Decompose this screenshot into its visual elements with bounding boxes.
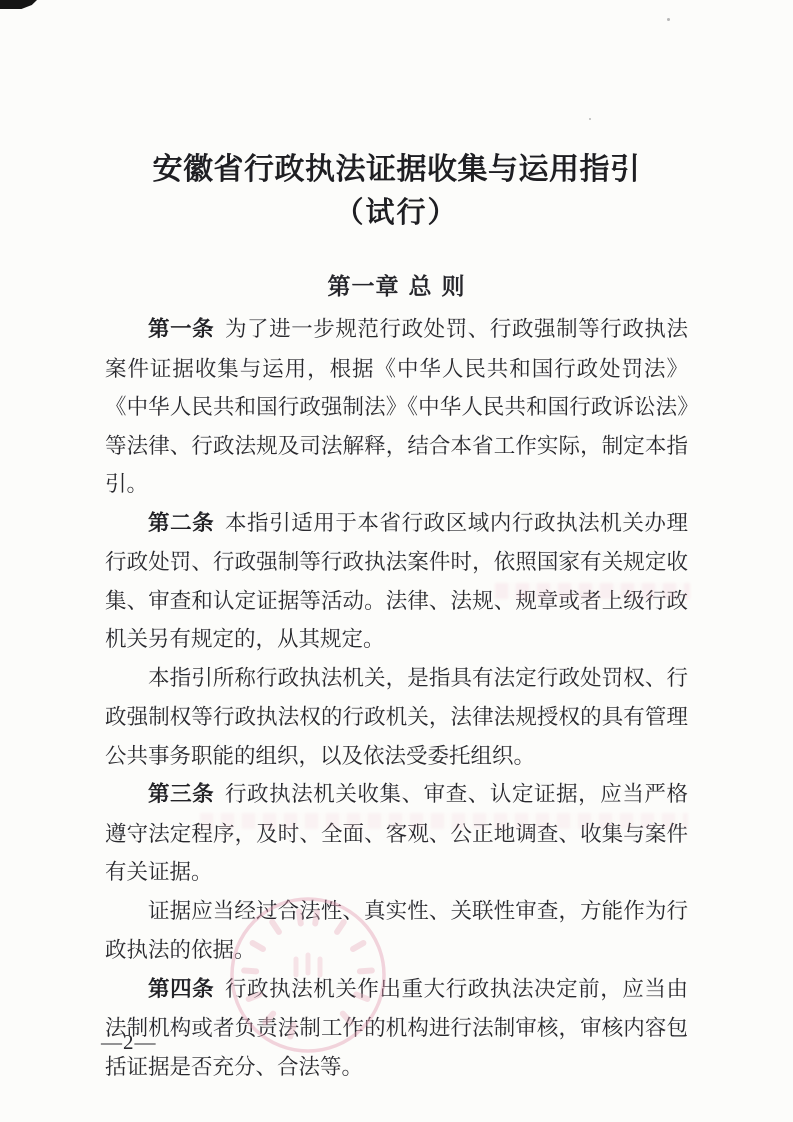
article-paragraph: 第三条行政执法机关收集、审查、认定证据，应当严格遵守法定程序，及时、全面、客观、…	[105, 775, 688, 892]
scanned-document-page: 安徽省行政执法证据收集与运用指引 （试行） 第一章 总 则 第一条为了进一步规范…	[0, 0, 793, 1122]
document-title: 安徽省行政执法证据收集与运用指引	[90, 148, 703, 192]
article-paragraph: 第一条为了进一步规范行政处罚、行政强制等行政执法案件证据收集与运用，根据《中华人…	[105, 310, 688, 504]
article-text: 为了进一步规范行政处罚、行政强制等行政执法案件证据收集与运用，根据《中华人民共和…	[105, 317, 688, 496]
article-paragraph: 证据应当经过合法性、真实性、关联性审查，方能作为行政执法的依据。	[105, 892, 688, 970]
article-number-label: 第二条	[148, 511, 214, 536]
document-body: 第一条为了进一步规范行政处罚、行政强制等行政执法案件证据收集与运用，根据《中华人…	[105, 310, 688, 1086]
article-paragraph: 第二条本指引适用于本省行政区域内行政执法机关办理行政处罚、行政强制等行政执法案件…	[105, 504, 688, 659]
scan-edge-artifact	[0, 0, 37, 9]
scan-speck	[667, 18, 670, 21]
article-paragraph: 本指引所称行政执法机关，是指具有法定行政处罚权、行政强制权等行政执法权的行政机关…	[105, 659, 688, 776]
page-number: —2—	[101, 1030, 157, 1055]
article-paragraph: 第四条行政执法机关作出重大行政执法决定前，应当由法制机构或者负责法制工作的机构进…	[105, 970, 688, 1087]
scan-speck	[589, 118, 591, 120]
article-text: 本指引所称行政执法机关，是指具有法定行政处罚权、行政强制权等行政执法权的行政机关…	[105, 666, 688, 768]
article-number-label: 第一条	[148, 317, 214, 342]
chapter-heading: 第一章 总 则	[105, 272, 688, 302]
article-number-label: 第四条	[148, 977, 214, 1002]
document-subtitle: （试行）	[90, 192, 703, 234]
article-text: 证据应当经过合法性、真实性、关联性审查，方能作为行政执法的依据。	[105, 899, 688, 963]
article-number-label: 第三条	[148, 782, 214, 807]
